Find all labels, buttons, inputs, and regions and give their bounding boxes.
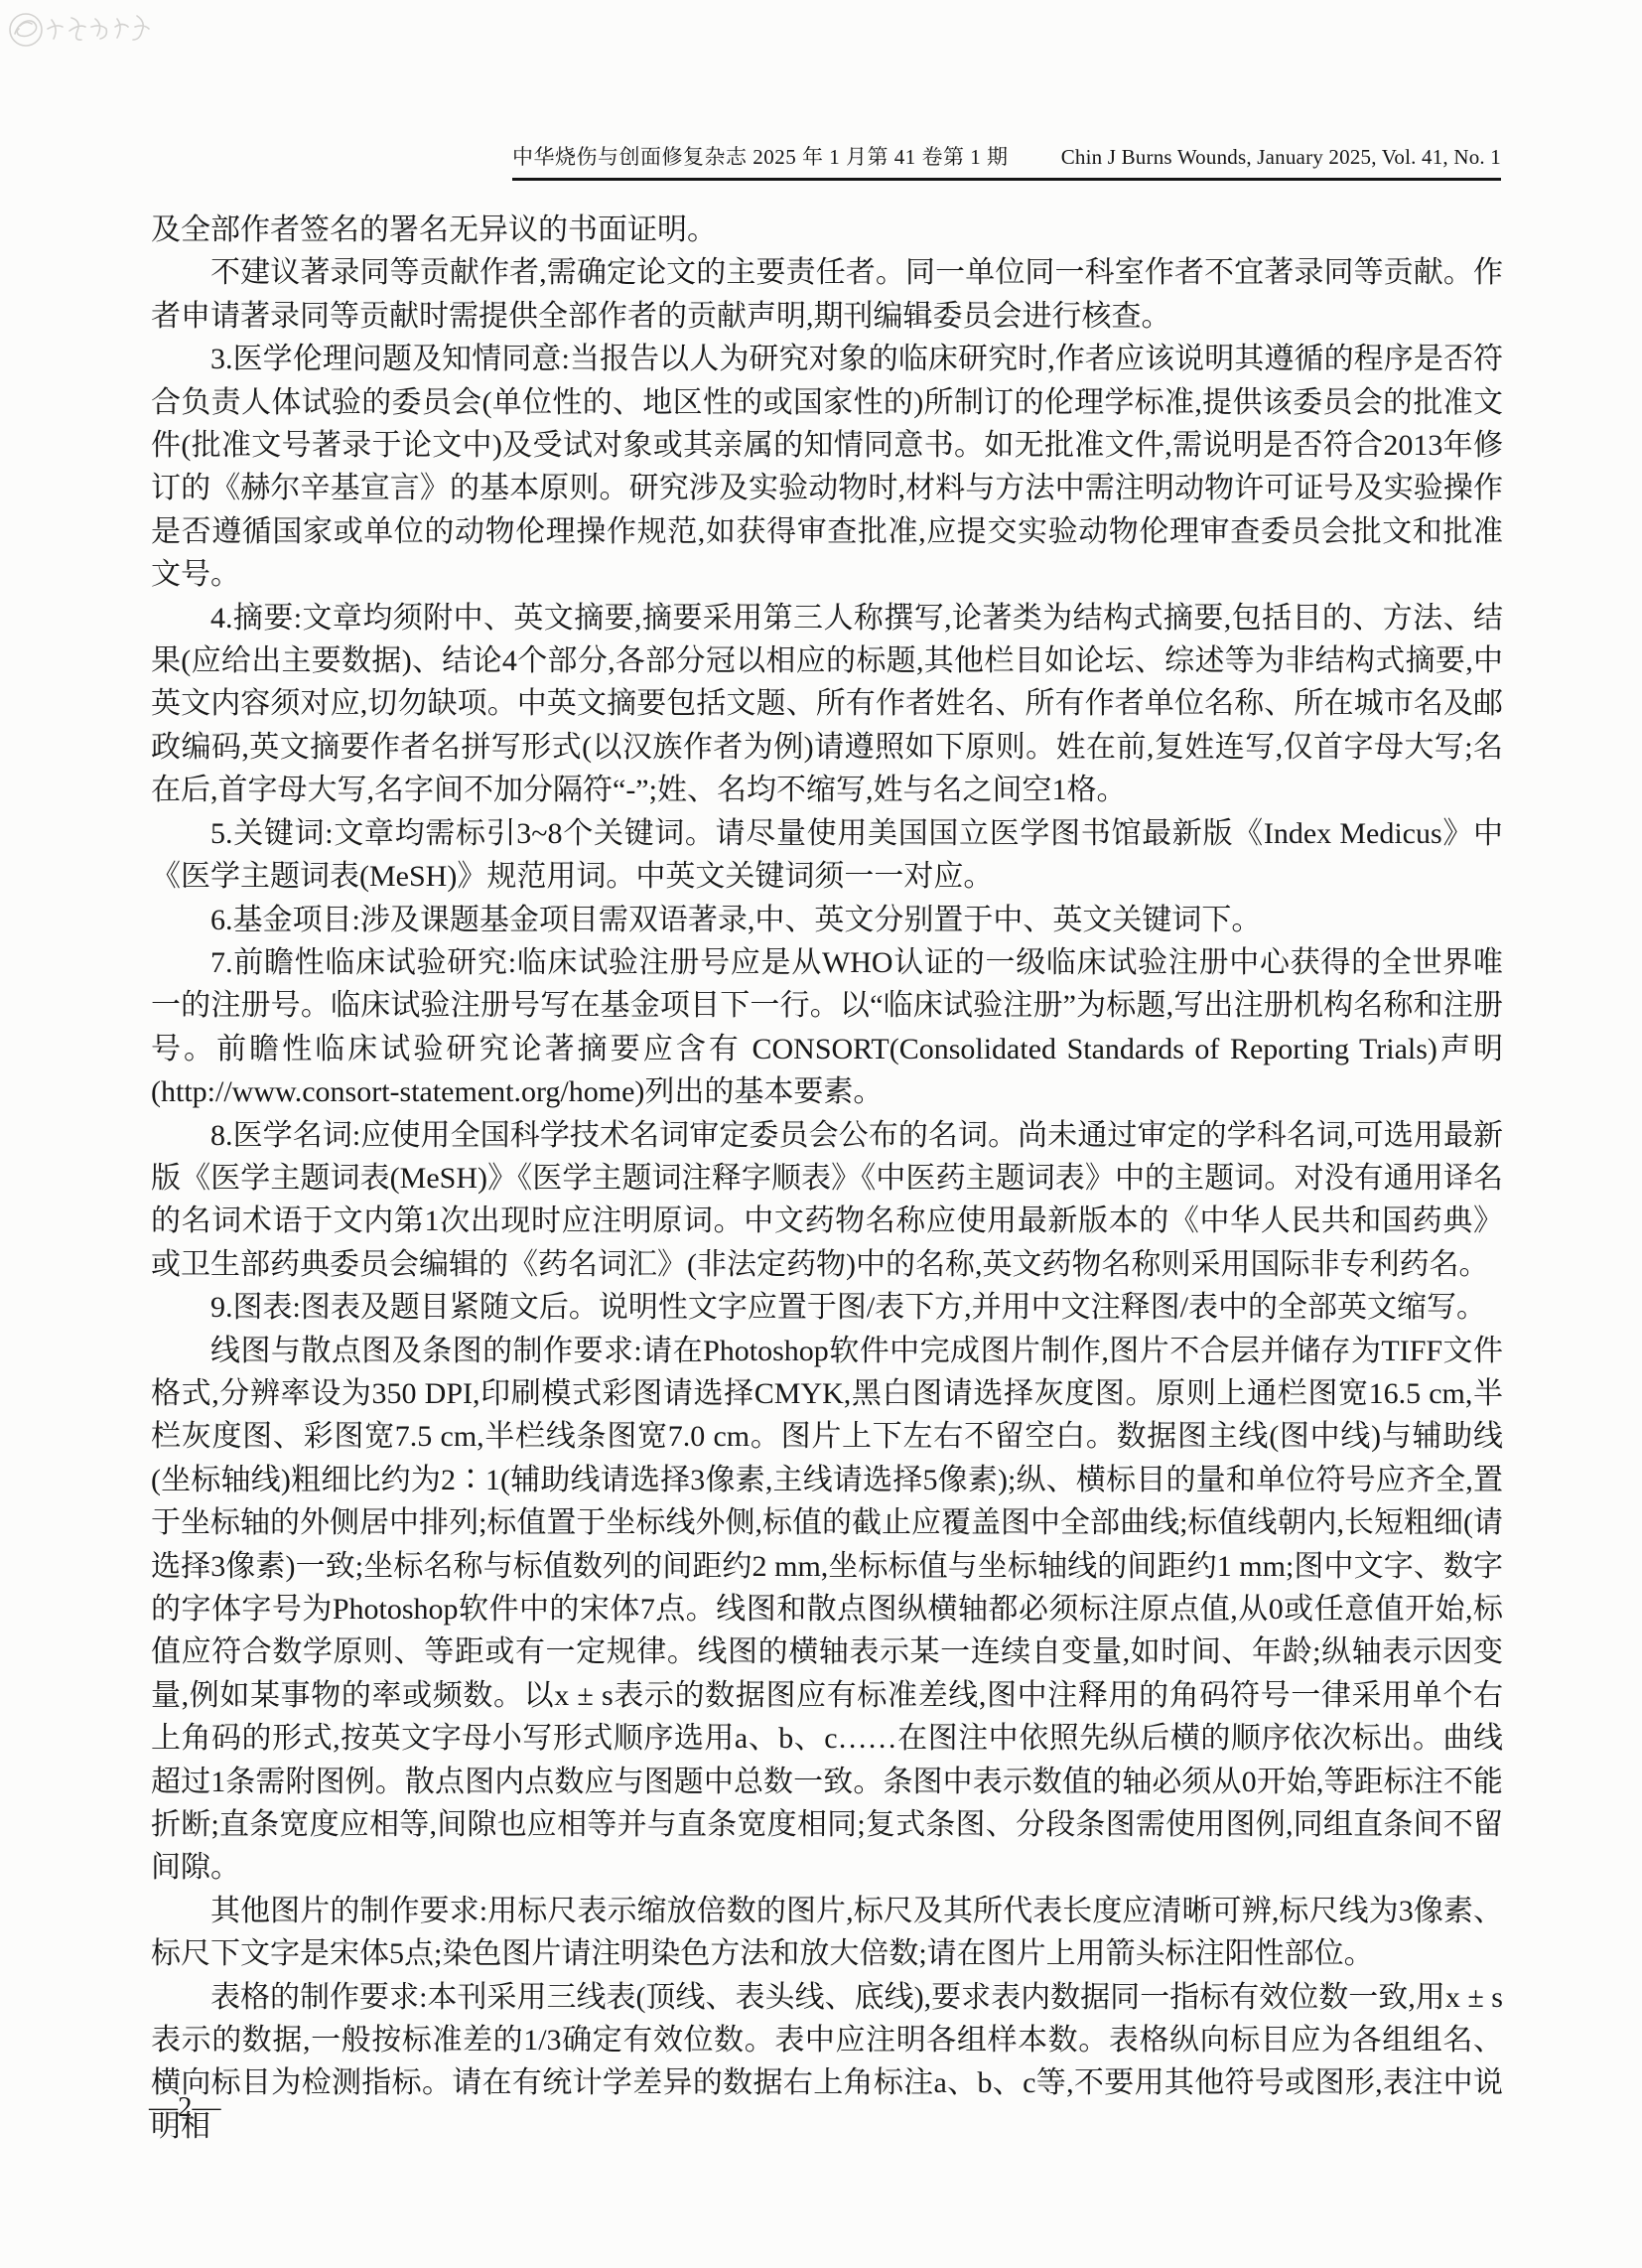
paragraph-clinical-trial: 7.前瞻性临床试验研究:临床试验注册号应是从WHO认证的一级临床试验注册中心获得… [151, 941, 1503, 1114]
paragraph-funding: 6.基金项目:涉及课题基金项目需双语著录,中、英文分别置于中、英文关键词下。 [151, 899, 1503, 941]
paragraph-table-requirements: 表格的制作要求:本刊采用三线表(顶线、表头线、底线),要求表内数据同一指标有效位… [151, 1976, 1503, 2149]
paragraph-continuation: 及全部作者签名的署名无异议的书面证明。 [151, 209, 1503, 251]
running-head-title-en: Chin J Burns Wounds, January 2025, Vol. … [1061, 145, 1501, 170]
paragraph-chart-requirements: 线图与散点图及条图的制作要求:请在Photoshop软件中完成图片制作,图片不合… [151, 1330, 1503, 1890]
journal-page: 中华烧伤与创面修复杂志 2025 年 1 月第 41 卷第 1 期 Chin J… [0, 0, 1642, 2268]
paragraph-ethics: 3.医学伦理问题及知情同意:当报告以人为研究对象的临床研究时,作者应该说明其遵循… [151, 338, 1503, 596]
running-head-title-cn: 中华烧伤与创面修复杂志 2025 年 1 月第 41 卷第 1 期 [512, 141, 1009, 171]
paragraph-other-image-requirements: 其他图片的制作要求:用标尺表示缩放倍数的图片,标尺及其所代表长度应清晰可辨,标尺… [151, 1890, 1503, 1976]
cma-watermark-logo [4, 6, 163, 54]
instructions-body: 及全部作者签名的署名无异议的书面证明。 不建议著录同等贡献作者,需确定论文的主要… [151, 209, 1503, 2148]
paragraph-keywords: 5.关键词:文章均需标引3~8个关键词。请尽量使用美国国立医学图书馆最新版《In… [151, 812, 1503, 899]
paragraph-figures-tables: 9.图表:图表及题目紧随文后。说明性文字应置于图/表下方,并用中文注释图/表中的… [151, 1286, 1503, 1329]
paragraph-medical-terms: 8.医学名词:应使用全国科学技术名词审定委员会公布的名词。尚未通过审定的学科名词… [151, 1114, 1503, 1287]
paragraph-abstract: 4.摘要:文章均须附中、英文摘要,摘要采用第三人称撰写,论著类为结构式摘要,包括… [151, 597, 1503, 812]
running-head: 中华烧伤与创面修复杂志 2025 年 1 月第 41 卷第 1 期 Chin J… [512, 141, 1501, 181]
seal-circle-icon [10, 14, 42, 46]
paragraph-equal-contribution: 不建议著录同等贡献作者,需确定论文的主要责任者。同一单位同一科室作者不宜著录同等… [151, 251, 1503, 338]
page-number: —2— [149, 2091, 221, 2124]
